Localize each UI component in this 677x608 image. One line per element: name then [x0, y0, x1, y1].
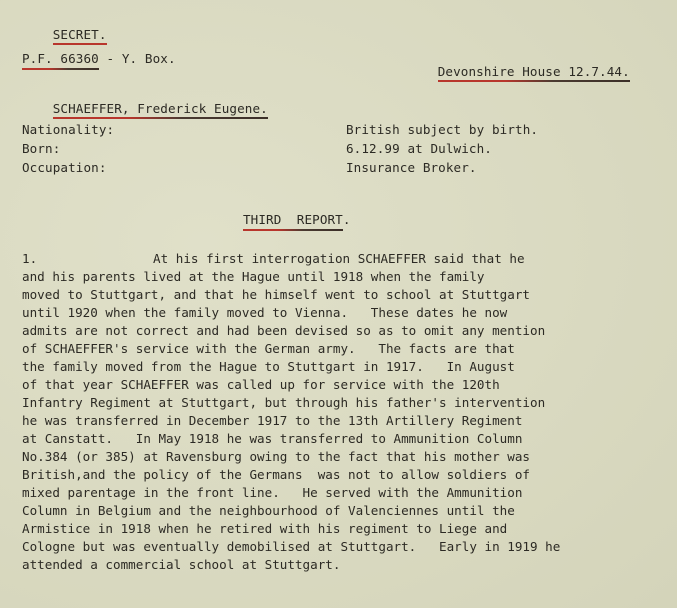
paragraph-line: until 1920 when the family moved to Vien…: [22, 307, 507, 320]
detail-label: Born:: [22, 143, 60, 156]
location-date: Devonshire House 12.7.44.: [438, 66, 630, 79]
classification-line: SECRET.: [22, 16, 107, 54]
paragraph-line: Cologne but was eventually demobilised a…: [22, 541, 560, 554]
paragraph-line: moved to Stuttgart, and that he himself …: [22, 289, 530, 302]
file-reference-line: P.F. 66360 - Y. Box.: [22, 53, 176, 66]
paragraph-line: mixed parentage in the front line. He se…: [22, 487, 522, 500]
paragraph-line: the family moved from the Hague to Stutt…: [22, 361, 515, 374]
paragraph-line: of SCHAEFFER's service with the German a…: [22, 343, 515, 356]
report-title-line: THIRD REPORT.: [243, 214, 351, 227]
detail-value: 6.12.99 at Dulwich.: [346, 143, 492, 156]
subject-name: SCHAEFFER, Frederick Eugene.: [53, 103, 268, 116]
paragraph-line: Column in Belgium and the neighbourhood …: [22, 505, 515, 518]
location-date-line: Devonshire House 12.7.44.: [407, 53, 630, 91]
paragraph-line: of that year SCHAEFFER was called up for…: [22, 379, 500, 392]
paragraph-line: Armistice in 1918 when he retired with h…: [22, 523, 507, 536]
detail-value: British subject by birth.: [346, 124, 538, 137]
detail-value: Insurance Broker.: [346, 162, 477, 175]
paragraph-line: and his parents lived at the Hague until…: [22, 271, 485, 284]
paragraph-line: he was transferred in December 1917 to t…: [22, 415, 522, 428]
paragraph-line: at Canstatt. In May 1918 he was transfer…: [22, 433, 522, 446]
detail-label: Nationality:: [22, 124, 114, 137]
paragraph-line: British,and the policy of the Germans wa…: [22, 469, 530, 482]
document-page: SECRET. P.F. 66360 - Y. Box. Devonshire …: [0, 0, 677, 608]
file-reference: P.F. 66360: [22, 53, 99, 66]
file-suffix: - Y. Box.: [99, 51, 176, 66]
report-title-period: .: [343, 212, 351, 227]
paragraph-line: Infantry Regiment at Stuttgart, but thro…: [22, 397, 545, 410]
paragraph-number: 1.: [22, 253, 37, 266]
paragraph-line: admits are not correct and had been devi…: [22, 325, 545, 338]
paragraph-line: attended a commercial school at Stuttgar…: [22, 559, 340, 572]
paragraph-line: No.384 (or 385) at Ravensburg owing to t…: [22, 451, 530, 464]
detail-label: Occupation:: [22, 162, 107, 175]
paragraph-line: At his first interrogation SCHAEFFER sai…: [153, 253, 525, 266]
report-title: THIRD REPORT: [243, 214, 343, 227]
classification-marking: SECRET.: [53, 29, 107, 42]
